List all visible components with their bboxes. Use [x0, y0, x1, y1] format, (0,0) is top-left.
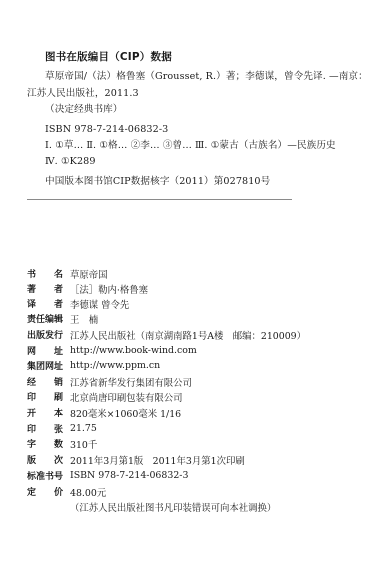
colophon-row-publisher: 出版发行 江苏人民出版社（南京湖南路1号A楼 邮编：210009） [27, 327, 306, 342]
colophon-row-edition: 版次 2011年3月第1版 2011年3月第1次印刷 [27, 452, 245, 467]
row-value: 李德谋 曾令先 [70, 297, 129, 311]
row-label: 印张 [27, 422, 63, 435]
colophon-row-author: 著者 ［法］勒内·格鲁塞 [27, 281, 148, 296]
row-label: 译者 [27, 297, 63, 310]
colophon-row-editor: 责任编辑 王 楠 [27, 311, 98, 326]
row-value: 江苏省新华发行集团有限公司 [70, 375, 192, 389]
colophon-row-price: 定价 48.00元 [27, 484, 106, 499]
row-value: 2011年3月第1版 2011年3月第1次印刷 [70, 453, 245, 467]
row-value: 江苏人民出版社（南京湖南路1号A楼 邮编：210009） [70, 328, 306, 342]
colophon-row-translator: 译者 李德谋 曾令先 [27, 296, 129, 311]
website-link[interactable]: http://www.book-wind.com [70, 345, 197, 356]
colophon-row-group-website: 集团网址 http://www.ppm.cn [27, 358, 160, 373]
row-label: 定价 [27, 485, 63, 498]
row-label: 责任编辑 [27, 312, 63, 325]
row-label: 出版发行 [27, 328, 63, 341]
row-value: 王 楠 [70, 312, 98, 326]
row-value: 21.75 [70, 423, 97, 434]
cip-line-publisher: 江苏人民出版社，2011.3 [27, 87, 139, 101]
cip-line-data-number: 中国版本图书馆CIP数据核字（2011）第027810号 [45, 175, 270, 189]
row-label: 经销 [27, 375, 63, 388]
misprint-note: （江苏人民出版社图书凡印装错误可向本社调换） [70, 500, 276, 514]
cip-line-isbn: ISBN 978-7-214-06832-3 [45, 123, 168, 137]
colophon-row-printer: 印刷 北京尚唐印刷包装有限公司 [27, 389, 183, 404]
colophon-row-format: 开本 820毫米×1060毫米 1/16 [27, 405, 181, 420]
row-label: 标准书号 [27, 469, 63, 482]
cip-line-classification-2: Ⅳ. ①K289 [45, 155, 96, 169]
group-website-link[interactable]: http://www.ppm.cn [70, 360, 160, 371]
cip-line-citation: 草原帝国/（法）格鲁塞（Grousset, R.）著；李德谋，曾令先译. —南京… [45, 70, 368, 84]
row-label: 开本 [27, 406, 63, 419]
row-label: 印刷 [27, 390, 63, 403]
cip-title: 图书在版编目（CIP）数据 [45, 50, 172, 64]
colophon-row-distributor: 经销 江苏省新华发行集团有限公司 [27, 374, 192, 389]
colophon-row-sheets: 印张 21.75 [27, 421, 97, 436]
colophon-row-title: 书名 草原帝国 [27, 266, 108, 281]
row-value: 北京尚唐印刷包装有限公司 [70, 390, 183, 404]
row-value: 310千 [70, 437, 97, 451]
row-value: ［法］勒内·格鲁塞 [70, 282, 148, 296]
row-value: 草原帝国 [70, 267, 108, 281]
row-label: 集团网址 [27, 359, 63, 372]
row-label: 网址 [27, 344, 63, 357]
row-label: 版次 [27, 453, 63, 466]
row-label: 著者 [27, 282, 63, 295]
colophon-row-isbn: 标准书号 ISBN 978-7-214-06832-3 [27, 468, 188, 483]
cip-line-classification-1: Ⅰ. ①草… Ⅱ. ①格… ②李… ③曾… Ⅲ. ①蒙古（古族名）—民族历史 [45, 139, 336, 153]
row-label: 字数 [27, 437, 63, 450]
cip-line-series: （决定经典书库） [45, 103, 123, 117]
colophon-row-website: 网址 http://www.book-wind.com [27, 343, 197, 358]
row-label: 书名 [27, 267, 63, 280]
row-value: 820毫米×1060毫米 1/16 [70, 406, 181, 420]
section-divider [27, 199, 292, 200]
colophon-row-word-count: 字数 310千 [27, 436, 97, 451]
row-value: 48.00元 [70, 485, 106, 499]
row-value: ISBN 978-7-214-06832-3 [70, 470, 188, 481]
